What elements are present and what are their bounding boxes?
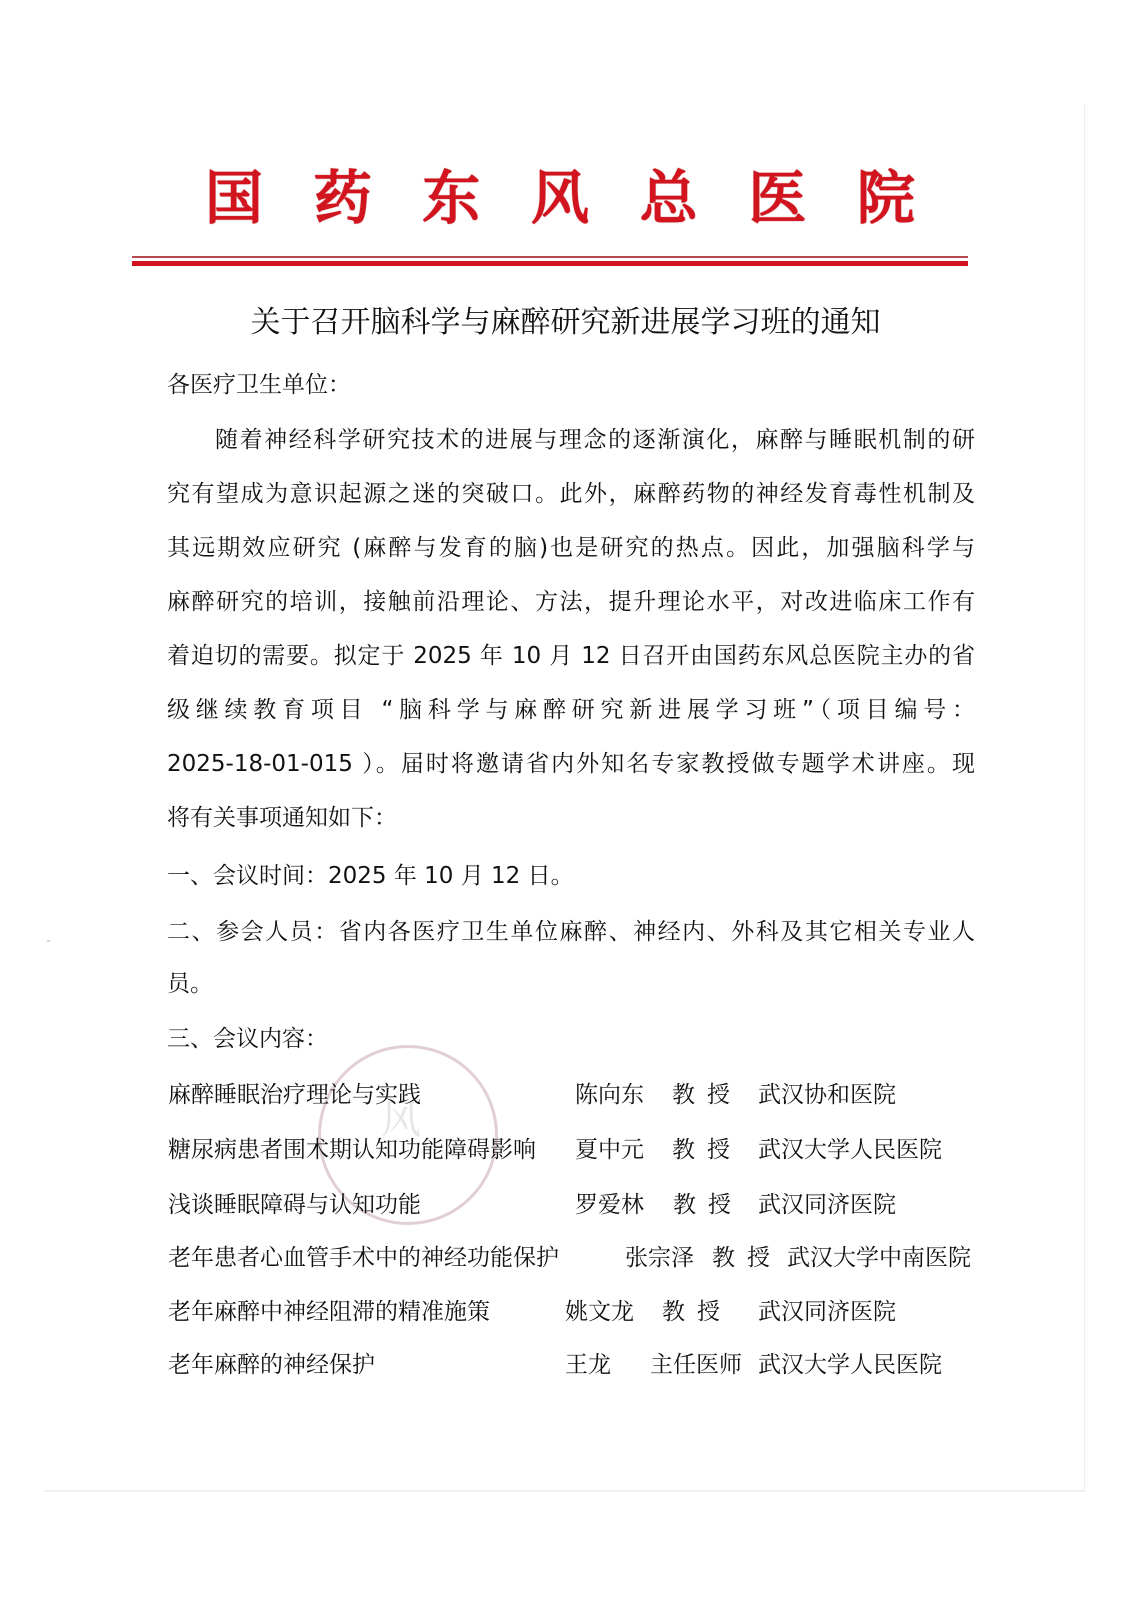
section-attendees: 二、参会人员：省内各医疗卫生单位麻醉、神经内、外科及其它相关专业人 [167,917,975,947]
lecture-hospital: 武汉大学中南医院 [787,1243,971,1273]
lecture-hospital: 武汉同济医院 [758,1190,896,1220]
lecture-row: 老年麻醉中神经阻滞的精准施策 姚文龙 教授 武汉同济医院 [0,1297,1131,1327]
lecture-row: 老年患者心血管手术中的神经功能保护 张宗泽 教授 武汉大学中南医院 [0,1243,1131,1273]
lecture-row: 浅谈睡眠障碍与认知功能 罗爱林 教授 武汉同济医院 [0,1190,1131,1220]
body-line: 麻醉研究的培训，接触前沿理论、方法，提升理论水平，对改进临床工作有 [167,587,975,617]
lecture-topic: 糖尿病患者围术期认知功能障碍影响 [168,1135,536,1165]
section-attendees-cont: 员。 [167,969,213,999]
letterhead-char: 医 [743,158,811,238]
lecture-speaker-title: 教授 [662,1297,732,1327]
page-edge-bottom [44,1490,1085,1492]
lecture-hospital: 武汉大学人民医院 [758,1135,942,1165]
lecture-speaker: 陈向东 [575,1080,644,1110]
lecture-hospital: 武汉大学人民医院 [758,1350,942,1380]
lecture-hospital: 武汉协和医院 [758,1080,896,1110]
letterhead-char: 总 [635,158,703,238]
lecture-topic: 老年患者心血管手术中的神经功能保护 [168,1243,559,1273]
lecture-speaker-title: 教授 [672,1135,742,1165]
body-line: 究有望成为意识起源之迷的突破口。此外，麻醉药物的神经发育毒性机制及 [167,479,975,509]
scan-speck [47,940,50,942]
lecture-speaker: 罗爱林 [575,1190,644,1220]
letterhead-char: 院 [852,158,920,238]
lecture-speaker: 张宗泽 [625,1243,694,1273]
lecture-hospital: 武汉同济医院 [758,1297,896,1327]
letterhead-rule-thin [132,256,968,258]
body-line: 其远期效应研究 (麻醉与发育的脑)也是研究的热点。因此，加强脑科学与 [167,533,975,563]
lecture-speaker: 姚文龙 [565,1297,634,1327]
lecture-row: 老年麻醉的神经保护 王龙 主任医师 武汉大学人民医院 [0,1350,1131,1380]
body-line: 级继续教育项目 “脑科学与麻醉研究新进展学习班”（项目编号： [167,695,975,725]
lecture-speaker: 夏中元 [575,1135,644,1165]
letterhead-char: 东 [417,158,485,238]
section-content-heading: 三、会议内容： [167,1024,328,1054]
lecture-speaker: 王龙 [565,1350,611,1380]
document-title: 关于召开脑科学与麻醉研究新进展学习班的通知 [0,300,1131,346]
lecture-row: 糖尿病患者围术期认知功能障碍影响 夏中元 教授 武汉大学人民医院 [0,1135,1131,1165]
letterhead-char: 药 [309,158,377,238]
lecture-speaker-title: 教授 [712,1243,782,1273]
lecture-topic: 老年麻醉的神经保护 [168,1350,375,1380]
body-line: 2025-18-01-015 ）。届时将邀请省内外知名专家教授做专题学术讲座。现 [167,749,975,779]
body-line: 将有关事项通知如下： [167,803,397,833]
lecture-topic: 老年麻醉中神经阻滞的精准施策 [168,1297,490,1327]
body-line: 随着神经科学研究技术的进展与理念的逐渐演化，麻醉与睡眠机制的研 [215,425,975,455]
letterhead-char: 国 [200,158,268,238]
lecture-speaker-title: 教授 [673,1190,743,1220]
salutation: 各医疗卫生单位： [167,370,351,400]
letterhead-char: 风 [526,158,594,238]
letterhead: 国 药 东 风 总 医 院 [200,158,920,238]
lecture-topic: 浅谈睡眠障碍与认知功能 [168,1190,421,1220]
lecture-topic: 麻醉睡眠治疗理论与实践 [168,1080,421,1110]
letterhead-rule-thick [132,261,968,266]
lecture-speaker-title: 主任医师 [650,1350,742,1380]
lecture-row: 麻醉睡眠治疗理论与实践 陈向东 教授 武汉协和医院 [0,1080,1131,1110]
section-meeting-time: 一、会议时间：2025 年 10 月 12 日。 [167,861,574,891]
body-line: 着迫切的需要。拟定于 2025 年 10 月 12 日召开由国药东风总医院主办的… [167,641,975,671]
lecture-speaker-title: 教授 [672,1080,742,1110]
